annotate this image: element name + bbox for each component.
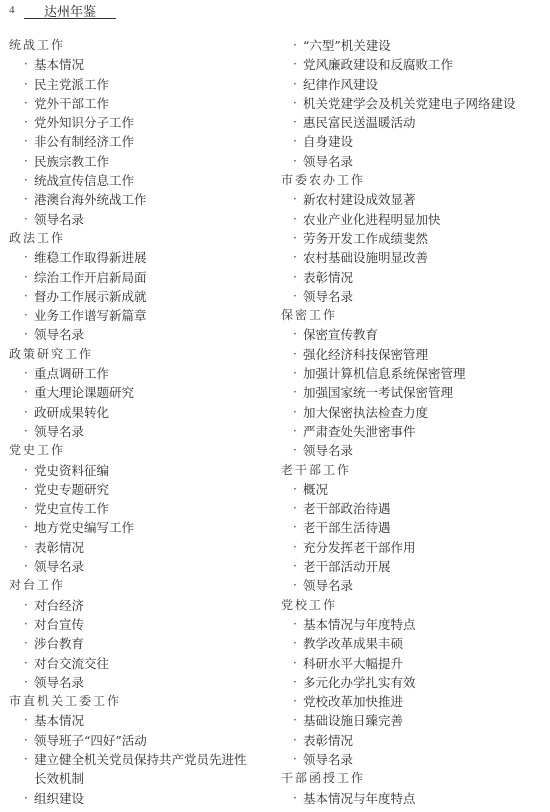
toc-entry-label: 基本情况 bbox=[34, 713, 84, 728]
bullet-icon: · bbox=[24, 152, 28, 171]
bullet-icon: · bbox=[24, 364, 28, 383]
toc-entry-label: 表彰情况 bbox=[303, 733, 353, 748]
toc-entry-label: 劳务开发工作成绩斐然 bbox=[303, 231, 428, 246]
toc-entry: ·教学改革成果丰硕 bbox=[272, 634, 542, 653]
bullet-icon: · bbox=[293, 557, 297, 576]
toc-entry-label: 政研成果转化 bbox=[34, 405, 109, 420]
toc-entry-label: “六型”机关建设 bbox=[303, 38, 391, 53]
bullet-icon: · bbox=[24, 268, 28, 287]
toc-entry-label: 保密宣传教育 bbox=[303, 327, 378, 342]
toc-entry: ·非公有制经济工作 bbox=[0, 132, 270, 151]
toc-entry-label: 党史宣传工作 bbox=[34, 501, 109, 516]
bullet-icon: · bbox=[293, 364, 297, 383]
toc-entry-label: 基本情况与年度特点 bbox=[303, 791, 416, 806]
toc-entry-label: 基础设施日臻完善 bbox=[303, 713, 403, 728]
toc-entry-label: 老干部生活待遇 bbox=[303, 520, 391, 535]
bullet-icon: · bbox=[293, 441, 297, 460]
toc-entry: ·党史宣传工作 bbox=[0, 499, 270, 518]
toc-entry-label: 领导名录 bbox=[303, 752, 353, 767]
toc-entry-label: 党风廉政建设和反腐败工作 bbox=[303, 57, 453, 72]
toc-entry: ·自身建设 bbox=[272, 132, 542, 151]
toc-entry: ·农业产业化进程明显加快 bbox=[272, 210, 542, 229]
toc-entry: ·加强计算机信息系统保密管理 bbox=[272, 364, 542, 383]
bullet-icon: · bbox=[293, 615, 297, 634]
toc-entry-label: 严肃查处失泄密事件 bbox=[303, 424, 416, 439]
bullet-icon: · bbox=[24, 75, 28, 94]
bullet-icon: · bbox=[24, 596, 28, 615]
section-heading: 市委农办工作 bbox=[272, 171, 542, 190]
bullet-icon: · bbox=[293, 518, 297, 537]
toc-entry-label: 领导名录 bbox=[303, 443, 353, 458]
toc-entry-label: 领导名录 bbox=[303, 154, 353, 169]
toc-entry: ·领导名录 bbox=[0, 210, 270, 229]
toc-entry-label: 民族宗教工作 bbox=[34, 154, 109, 169]
toc-entry: ·地方党史编写工作 bbox=[0, 518, 270, 537]
toc-entry: ·老干部活动开展 bbox=[272, 557, 542, 576]
toc-entry: ·领导名录 bbox=[0, 557, 270, 576]
toc-entry-label: 重大理论课题研究 bbox=[34, 385, 134, 400]
bullet-icon: · bbox=[293, 731, 297, 750]
toc-entry-label: 非公有制经济工作 bbox=[34, 134, 134, 149]
section-heading: 老干部工作 bbox=[272, 461, 542, 480]
bullet-icon: · bbox=[293, 538, 297, 557]
toc-entry-label: 加大保密执法检查力度 bbox=[303, 405, 428, 420]
toc-entry-label: 农业产业化进程明显加快 bbox=[303, 212, 441, 227]
bullet-icon: · bbox=[24, 615, 28, 634]
toc-entry: ·对台交流交往 bbox=[0, 654, 270, 673]
toc-entry: ·民族宗教工作 bbox=[0, 152, 270, 171]
bullet-icon: · bbox=[24, 731, 28, 750]
toc-entry: ·劳务开发工作成绩斐然 bbox=[272, 229, 542, 248]
toc-entry-label: 对台经济 bbox=[34, 598, 84, 613]
toc-entry-label: 领导名录 bbox=[303, 578, 353, 593]
toc-entry: ·基本情况 bbox=[0, 711, 270, 730]
bullet-icon: · bbox=[293, 287, 297, 306]
toc-entry: ·领导名录 bbox=[272, 287, 542, 306]
toc-entry: ·严肃查处失泄密事件 bbox=[272, 422, 542, 441]
toc-entry: ·保密宣传教育 bbox=[272, 325, 542, 344]
toc-entry-label: 维稳工作取得新进展 bbox=[34, 250, 147, 265]
toc-entry-label: 纪律作风建设 bbox=[303, 77, 378, 92]
section-heading: 对台工作 bbox=[0, 576, 270, 595]
bullet-icon: · bbox=[293, 383, 297, 402]
toc-entry-label: 地方党史编写工作 bbox=[34, 520, 134, 535]
header-underline bbox=[24, 18, 116, 19]
toc-entry: ·加强国家统一考试保密管理 bbox=[272, 383, 542, 402]
toc-entry-label: 领导名录 bbox=[303, 289, 353, 304]
toc-entry: ·党风廉政建设和反腐败工作 bbox=[272, 55, 542, 74]
bullet-icon: · bbox=[293, 634, 297, 653]
toc-entry: ·重点调研工作 bbox=[0, 364, 270, 383]
toc-entry-label: 表彰情况 bbox=[34, 540, 84, 555]
toc-entry: ·新农村建设成效显著 bbox=[272, 190, 542, 209]
bullet-icon: · bbox=[293, 248, 297, 267]
toc-entry-label: 充分发挥老干部作用 bbox=[303, 540, 416, 555]
toc-entry-label: 基本情况与年度特点 bbox=[303, 617, 416, 632]
toc-entry: ·强化经济科技保密管理 bbox=[272, 345, 542, 364]
toc-entry: ·民主党派工作 bbox=[0, 75, 270, 94]
toc-entry: ·充分发挥老干部作用 bbox=[272, 538, 542, 557]
bullet-icon: · bbox=[293, 480, 297, 499]
section-heading: 保密工作 bbox=[272, 306, 542, 325]
toc-entry-label: 统战宣传信息工作 bbox=[34, 173, 134, 188]
bullet-icon: · bbox=[293, 750, 297, 769]
bullet-icon: · bbox=[24, 634, 28, 653]
toc-entry: ·农村基础设施明显改善 bbox=[272, 248, 542, 267]
toc-entry-label: 督办工作展示新成就 bbox=[34, 289, 147, 304]
toc-entry: ·领导名录 bbox=[272, 152, 542, 171]
bullet-icon: · bbox=[24, 287, 28, 306]
bullet-icon: · bbox=[293, 75, 297, 94]
section-heading: 政策研究工作 bbox=[0, 345, 270, 364]
toc-entry: ·表彰情况 bbox=[272, 268, 542, 287]
toc-entry: ·政研成果转化 bbox=[0, 403, 270, 422]
bullet-icon: · bbox=[293, 268, 297, 287]
toc-entry: ·领导班子“四好”活动 bbox=[0, 731, 270, 750]
toc-entry: ·领导名录 bbox=[272, 441, 542, 460]
toc-entry: ·概况 bbox=[272, 480, 542, 499]
bullet-icon: · bbox=[24, 55, 28, 74]
toc-entry-label: 惠民富民送温暖活动 bbox=[303, 115, 416, 130]
toc-entry: ·基本情况 bbox=[0, 55, 270, 74]
toc-entry-label: 业务工作谱写新篇章 bbox=[34, 308, 147, 323]
toc-entry-label: 重点调研工作 bbox=[34, 366, 109, 381]
toc-entry: ·综治工作开启新局面 bbox=[0, 268, 270, 287]
bullet-icon: · bbox=[293, 113, 297, 132]
bullet-icon: · bbox=[293, 789, 297, 808]
toc-entry: ·对台宣传 bbox=[0, 615, 270, 634]
toc-entry-label: 港澳台海外统战工作 bbox=[34, 192, 147, 207]
bullet-icon: · bbox=[293, 36, 297, 55]
toc-entry-label: 党校改革加快推进 bbox=[303, 694, 403, 709]
toc-entry-label: 组织建设 bbox=[34, 791, 84, 806]
toc-entry-label: 概况 bbox=[303, 482, 328, 497]
toc-entry-label: 老干部活动开展 bbox=[303, 559, 391, 574]
bullet-icon: · bbox=[24, 403, 28, 422]
toc-entry: ·业务工作谱写新篇章 bbox=[0, 306, 270, 325]
toc-entry: ·组织建设 bbox=[0, 789, 270, 808]
bullet-icon: · bbox=[293, 152, 297, 171]
bullet-icon: · bbox=[24, 461, 28, 480]
toc-entry-label: 新农村建设成效显著 bbox=[303, 192, 416, 207]
toc-entry: ·对台经济 bbox=[0, 596, 270, 615]
toc-entry-label: 农村基础设施明显改善 bbox=[303, 250, 428, 265]
bullet-icon: · bbox=[24, 538, 28, 557]
toc-entry: ·维稳工作取得新进展 bbox=[0, 248, 270, 267]
bullet-icon: · bbox=[24, 171, 28, 190]
toc-entry-label: 党外知识分子工作 bbox=[34, 115, 134, 130]
bullet-icon: · bbox=[24, 190, 28, 209]
toc-entry: ·表彰情况 bbox=[272, 731, 542, 750]
toc-entry-label: 多元化办学扎实有效 bbox=[303, 675, 416, 690]
bullet-icon: · bbox=[24, 248, 28, 267]
toc-entry: ·建立健全机关党员保持共产党员先进性 bbox=[0, 750, 270, 769]
bullet-icon: · bbox=[24, 325, 28, 344]
toc-entry: ·港澳台海外统战工作 bbox=[0, 190, 270, 209]
toc-entry: ·党外知识分子工作 bbox=[0, 113, 270, 132]
bullet-icon: · bbox=[293, 229, 297, 248]
toc-entry: ·领导名录 bbox=[0, 422, 270, 441]
bullet-icon: · bbox=[293, 576, 297, 595]
toc-entry-label: 建立健全机关党员保持共产党员先进性 bbox=[34, 752, 247, 767]
bullet-icon: · bbox=[24, 480, 28, 499]
bullet-icon: · bbox=[24, 499, 28, 518]
toc-entry: ·党史资料征编 bbox=[0, 461, 270, 480]
toc-entry: ·惠民富民送温暖活动 bbox=[272, 113, 542, 132]
toc-entry-label: 老干部政治待遇 bbox=[303, 501, 391, 516]
bullet-icon: · bbox=[293, 711, 297, 730]
page-number: 4 bbox=[9, 4, 15, 16]
bullet-icon: · bbox=[24, 518, 28, 537]
toc-entry: ·领导名录 bbox=[272, 576, 542, 595]
toc-entry-label: 党史专题研究 bbox=[34, 482, 109, 497]
bullet-icon: · bbox=[24, 750, 28, 769]
section-heading: 党校工作 bbox=[272, 596, 542, 615]
toc-right-column: ·“六型”机关建设·党风廉政建设和反腐败工作·纪律作风建设·机关党建学会及机关党… bbox=[272, 36, 542, 808]
bullet-icon: · bbox=[293, 673, 297, 692]
toc-entry-label: 科研水平大幅提升 bbox=[303, 656, 403, 671]
toc-entry-label: 涉台教育 bbox=[34, 636, 84, 651]
section-heading: 党史工作 bbox=[0, 441, 270, 460]
toc-entry-label: 加强国家统一考试保密管理 bbox=[303, 385, 453, 400]
toc-entry-label: 党外干部工作 bbox=[34, 96, 109, 111]
bullet-icon: · bbox=[24, 94, 28, 113]
bullet-icon: · bbox=[24, 557, 28, 576]
toc-entry: ·统战宣传信息工作 bbox=[0, 171, 270, 190]
toc-entry-label: 民主党派工作 bbox=[34, 77, 109, 92]
bullet-icon: · bbox=[293, 325, 297, 344]
toc-entry: ·涉台教育 bbox=[0, 634, 270, 653]
toc-entry: ·领导名录 bbox=[0, 673, 270, 692]
toc-entry: ·领导名录 bbox=[0, 325, 270, 344]
toc-entry: ·基础设施日臻完善 bbox=[272, 711, 542, 730]
bullet-icon: · bbox=[293, 654, 297, 673]
toc-left-column: 统战工作·基本情况·民主党派工作·党外干部工作·党外知识分子工作·非公有制经济工… bbox=[0, 36, 270, 808]
bullet-icon: · bbox=[293, 345, 297, 364]
toc-entry-label: 加强计算机信息系统保密管理 bbox=[303, 366, 466, 381]
bullet-icon: · bbox=[293, 55, 297, 74]
bullet-icon: · bbox=[24, 673, 28, 692]
toc-entry: ·党校改革加快推进 bbox=[272, 692, 542, 711]
toc-entry: ·党外干部工作 bbox=[0, 94, 270, 113]
section-heading: 政法工作 bbox=[0, 229, 270, 248]
toc-entry: ·科研水平大幅提升 bbox=[272, 654, 542, 673]
toc-entry: ·机关党建学会及机关党建电子网络建设 bbox=[272, 94, 542, 113]
section-heading: 市直机关工委工作 bbox=[0, 692, 270, 711]
toc-entry-label: 教学改革成果丰硕 bbox=[303, 636, 403, 651]
section-heading: 干部函授工作 bbox=[272, 769, 542, 788]
bullet-icon: · bbox=[24, 711, 28, 730]
bullet-icon: · bbox=[293, 132, 297, 151]
toc-entry: ·多元化办学扎实有效 bbox=[272, 673, 542, 692]
toc-entry-label: 自身建设 bbox=[303, 134, 353, 149]
toc-entry-label: 对台交流交往 bbox=[34, 656, 109, 671]
toc-entry-label: 综治工作开启新局面 bbox=[34, 270, 147, 285]
toc-entry: ·表彰情况 bbox=[0, 538, 270, 557]
toc-entry: ·老干部政治待遇 bbox=[272, 499, 542, 518]
toc-entry: ·老干部生活待遇 bbox=[272, 518, 542, 537]
page-header: 4 达州年鉴 bbox=[0, 0, 550, 24]
toc-entry: ·党史专题研究 bbox=[0, 480, 270, 499]
section-heading: 统战工作 bbox=[0, 36, 270, 55]
toc-entry: ·督办工作展示新成就 bbox=[0, 287, 270, 306]
bullet-icon: · bbox=[293, 94, 297, 113]
toc-entry-label: 领导名录 bbox=[34, 424, 84, 439]
toc-entry: ·纪律作风建设 bbox=[272, 75, 542, 94]
bullet-icon: · bbox=[293, 403, 297, 422]
toc-entry-label: 强化经济科技保密管理 bbox=[303, 347, 428, 362]
bullet-icon: · bbox=[24, 422, 28, 441]
bullet-icon: · bbox=[24, 210, 28, 229]
toc-entry-label: 长效机制 bbox=[34, 771, 84, 786]
bullet-icon: · bbox=[293, 422, 297, 441]
toc-entry: ·重大理论课题研究 bbox=[0, 383, 270, 402]
toc-entry-label: 机关党建学会及机关党建电子网络建设 bbox=[303, 96, 516, 111]
toc-entry-continuation: 长效机制 bbox=[0, 769, 270, 788]
bullet-icon: · bbox=[24, 654, 28, 673]
bullet-icon: · bbox=[293, 692, 297, 711]
bullet-icon: · bbox=[24, 132, 28, 151]
toc-entry-label: 领导班子“四好”活动 bbox=[34, 733, 147, 748]
toc-entry-label: 对台宣传 bbox=[34, 617, 84, 632]
toc-entry-label: 表彰情况 bbox=[303, 270, 353, 285]
toc-entry: ·领导名录 bbox=[272, 750, 542, 769]
toc-entry: ·基本情况与年度特点 bbox=[272, 789, 542, 808]
toc-entry-label: 领导名录 bbox=[34, 212, 84, 227]
bullet-icon: · bbox=[293, 499, 297, 518]
toc-entry-label: 领导名录 bbox=[34, 559, 84, 574]
toc-entry: ·基本情况与年度特点 bbox=[272, 615, 542, 634]
toc-entry-label: 基本情况 bbox=[34, 57, 84, 72]
toc-entry: ·“六型”机关建设 bbox=[272, 36, 542, 55]
bullet-icon: · bbox=[24, 113, 28, 132]
toc-entry-label: 党史资料征编 bbox=[34, 463, 109, 478]
toc-entry-label: 领导名录 bbox=[34, 675, 84, 690]
bullet-icon: · bbox=[293, 210, 297, 229]
bullet-icon: · bbox=[24, 383, 28, 402]
bullet-icon: · bbox=[24, 306, 28, 325]
bullet-icon: · bbox=[293, 190, 297, 209]
toc-entry-label: 领导名录 bbox=[34, 327, 84, 342]
toc-entry: ·加大保密执法检查力度 bbox=[272, 403, 542, 422]
bullet-icon: · bbox=[24, 789, 28, 808]
